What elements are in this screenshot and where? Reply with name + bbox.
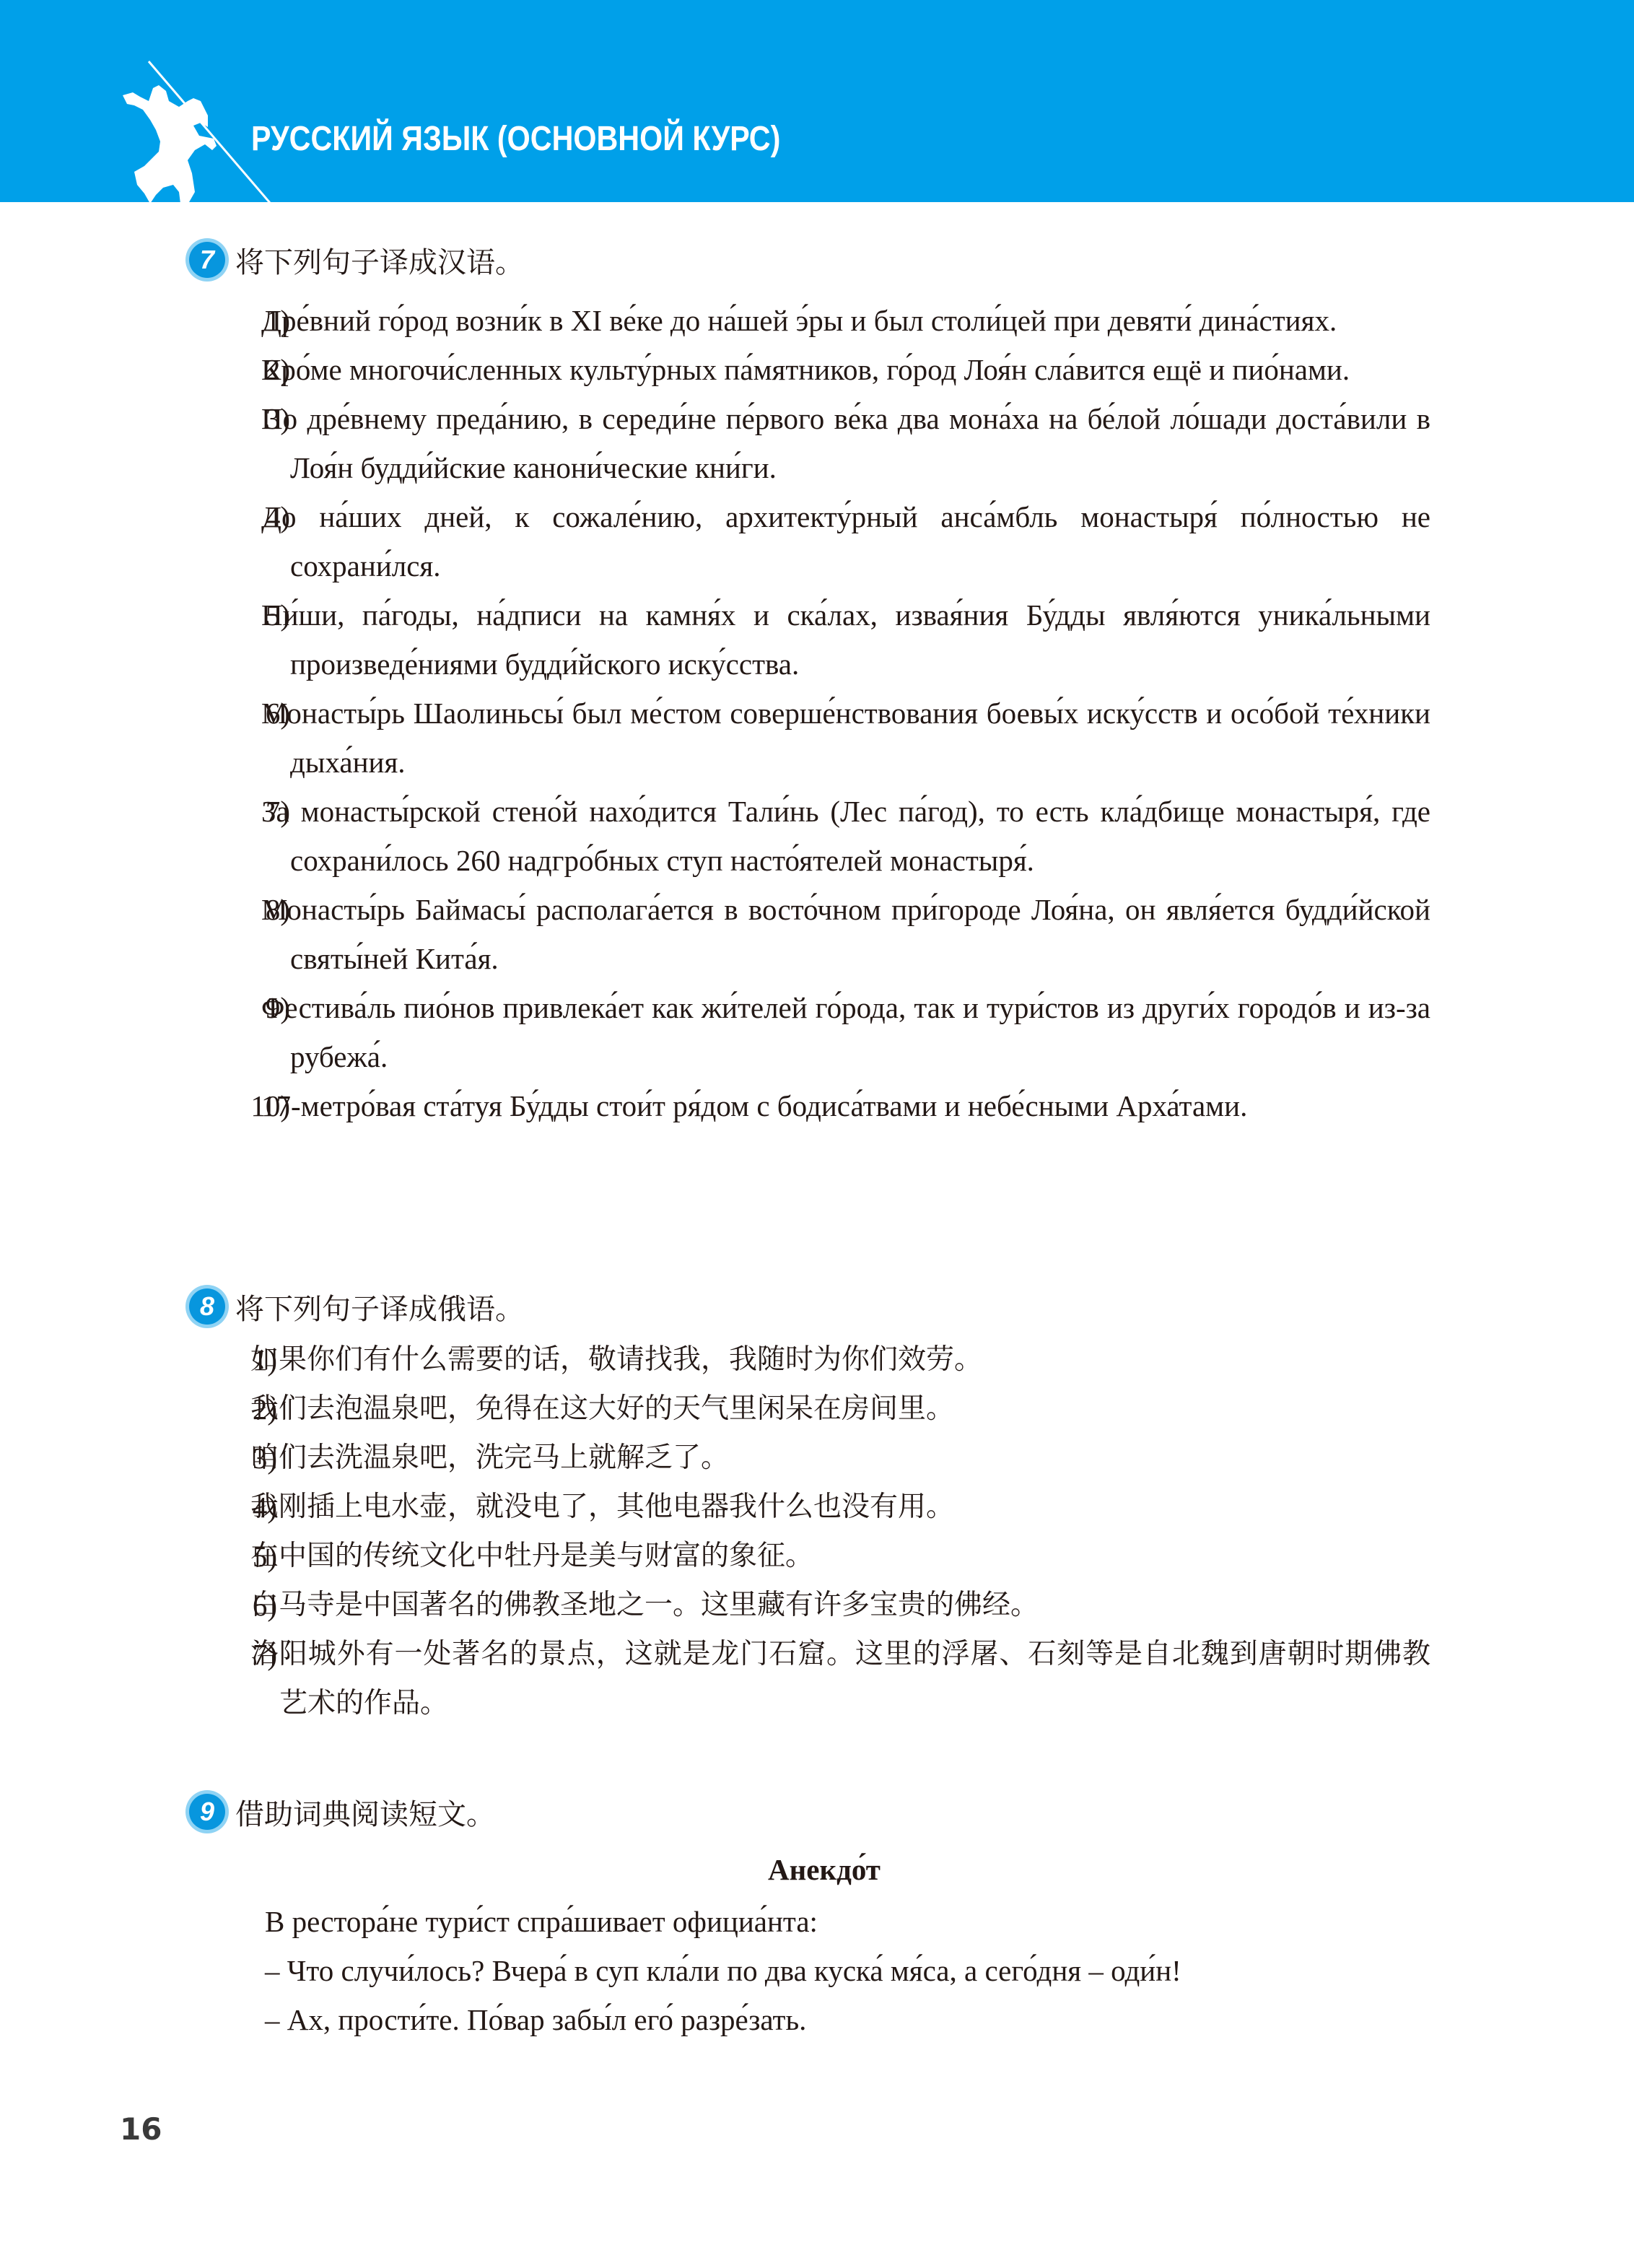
exercise-9: 9 借助词典阅读短文。 Анекдо́т В рестора́не тури́с… bbox=[189, 1790, 1430, 2044]
list-item: 4)До на́ших дней, к сожале́нию, архитект… bbox=[189, 492, 1430, 590]
exercise-instruction: 将下列句子译成俄语。 bbox=[235, 1286, 524, 1327]
page-header-band: РУССКИЙ ЯЗЫК (ОСНОВНОЙ КУРС) bbox=[0, 0, 1634, 202]
list-item: 5)在中国的传统文化中牡丹是美与财富的象征。 bbox=[189, 1532, 1430, 1581]
story-line: В рестора́не тури́ст спра́шивает официа́… bbox=[189, 1897, 1430, 1946]
list-item: 1)如果你们有什么需要的话，敬请找我，我随时为你们效劳。 bbox=[189, 1335, 1430, 1384]
exercise-number-badge: 9 bbox=[189, 1794, 225, 1830]
exercise-number-badge: 8 bbox=[189, 1288, 225, 1325]
list-item: 9)Фестива́ль пио́нов привлека́ет как жи́… bbox=[189, 983, 1430, 1081]
list-item: 3)По дре́внему преда́нию, в середи́не пе… bbox=[189, 394, 1430, 492]
list-item: 4)我刚插上电水壶，就没电了，其他电器我什么也没有用。 bbox=[189, 1483, 1430, 1532]
list-item: 2)Кро́ме многочи́сленных культу́рных па́… bbox=[189, 345, 1430, 394]
list-item: 6)Монасты́рь Шаолиньсы́ был ме́стом сове… bbox=[189, 689, 1430, 787]
story-title: Анекдо́т bbox=[189, 1852, 1430, 1887]
list-item: 7)За монасты́рской стено́й нахо́дится Та… bbox=[189, 787, 1430, 885]
exercise-instruction: 借助词典阅读短文。 bbox=[235, 1792, 495, 1833]
exercise-8-heading: 8 将下列句子译成俄语。 bbox=[189, 1285, 1430, 1328]
list-item: 3)咱们去洗温泉吧，洗完马上就解乏了。 bbox=[189, 1434, 1430, 1483]
exercise-7-list: 1)Дре́вний го́род возни́к в XI ве́ке до … bbox=[189, 296, 1430, 1130]
story-line: – Ах, прости́те. По́вар забы́л его́ разр… bbox=[189, 1995, 1430, 2044]
story-line: – Что случи́лось? Вчера́ в суп кла́ли по… bbox=[189, 1946, 1430, 1995]
list-item: 10)17-метро́вая ста́туя Бу́дды стои́т ря… bbox=[189, 1081, 1430, 1130]
exercise-8: 8 将下列句子译成俄语。 1)如果你们有什么需要的话，敬请找我，我随时为你们效劳… bbox=[189, 1285, 1430, 1728]
list-item: 2)我们去泡温泉吧，免得在这大好的天气里闲呆在房间里。 bbox=[189, 1384, 1430, 1434]
exercise-7-heading: 7 将下列句子译成汉语。 bbox=[189, 238, 1430, 282]
exercise-instruction: 将下列句子译成汉语。 bbox=[235, 240, 524, 281]
exercise-9-heading: 9 借助词典阅读短文。 bbox=[189, 1790, 1430, 1833]
exercise-number-badge: 7 bbox=[189, 242, 225, 278]
list-item: 5)Ни́ши, па́годы, на́дписи на камня́х и … bbox=[189, 590, 1430, 689]
horseman-with-spear-icon bbox=[108, 51, 274, 206]
list-item: 6)白马寺是中国著名的佛教圣地之一。这里藏有许多宝贵的佛经。 bbox=[189, 1581, 1430, 1630]
list-item: 7)洛阳城外有一处著名的景点，这就是龙门石窟。这里的浮屠、石刻等是自北魏到唐朝时… bbox=[189, 1630, 1430, 1728]
list-item: 1)Дре́вний го́род возни́к в XI ве́ке до … bbox=[189, 296, 1430, 345]
page-number: 16 bbox=[120, 2111, 162, 2147]
exercise-8-list: 1)如果你们有什么需要的话，敬请找我，我随时为你们效劳。 2)我们去泡温泉吧，免… bbox=[189, 1335, 1430, 1728]
list-item: 8)Монасты́рь Баймасы́ располага́ется в в… bbox=[189, 885, 1430, 983]
exercise-7: 7 将下列句子译成汉语。 1)Дре́вний го́род возни́к в… bbox=[189, 238, 1430, 1130]
book-title: РУССКИЙ ЯЗЫК (ОСНОВНОЙ КУРС) bbox=[251, 119, 780, 159]
